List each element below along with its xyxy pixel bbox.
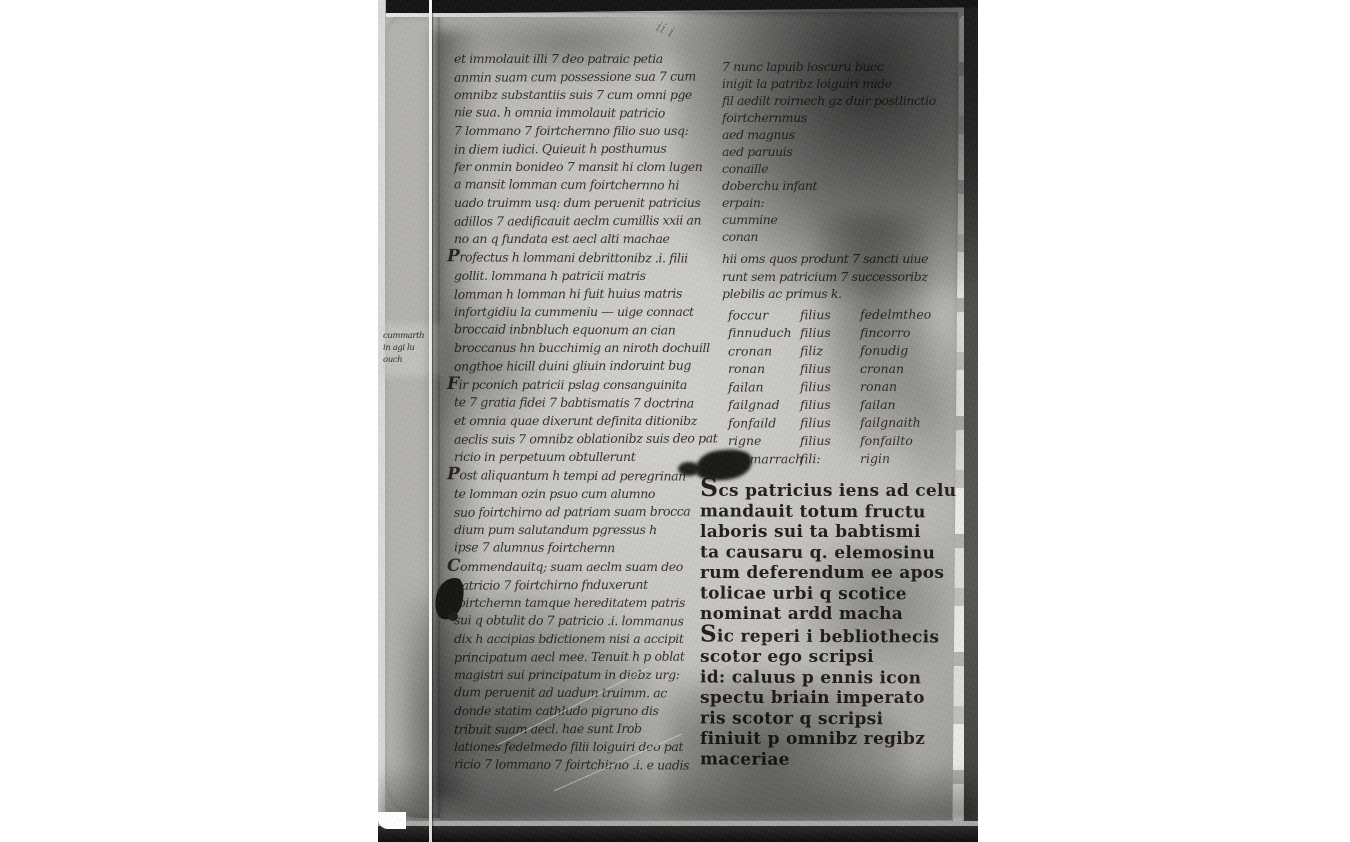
colophon-line: Scs patricius iens ad celu [700, 478, 964, 502]
manuscript-line: lomman h lomman hi fuit huius matris [454, 284, 734, 303]
manuscript-line: ongthoe hicill duini gliuin indoruint bu… [454, 356, 734, 375]
ink-smudge-small [678, 462, 700, 476]
bottom-edge-band [378, 826, 978, 842]
genealogy-filius: filius [800, 378, 860, 396]
genealogy-son: finnuduch [728, 324, 800, 342]
manuscript-line: doberchu infant [722, 177, 964, 194]
manuscript-line: dum peruenit ad uadum truimm. ac [454, 683, 734, 702]
genealogy-father: failan [860, 396, 966, 414]
manuscript-line: foirtchernmus [722, 109, 964, 126]
manuscript-line: hii oms quos produnt 7 sancti uiue [722, 250, 968, 268]
manuscript-line: gollit. lommana h patricii matris [454, 267, 734, 285]
genealogy-row: ronmarrach fili: rigin [728, 449, 966, 468]
manuscript-line: nie sua. h omnia immolauit patricio [454, 103, 734, 122]
genealogy-row: finnuduch filius fincorro [728, 324, 966, 342]
margin-gloss: cummarthin agi luouch [383, 330, 445, 366]
ink-blot-small [448, 612, 458, 621]
genealogy-son: failan [728, 378, 800, 396]
manuscript-line: patricio 7 foirtchirno fnduxerunt [454, 575, 734, 594]
genealogy-filius: filius [800, 432, 860, 450]
manuscript-line: te lomman ozin psuo cum alumno [454, 485, 734, 503]
manuscript-line: magistri sui principatum in diebz urg: [454, 666, 734, 684]
colophon-line: id: caluus p ennis icon [700, 667, 964, 689]
colophon-line: ta causaru q. elemosinu [700, 542, 964, 564]
manuscript-line: Commendauitq; suam aeclm suam deo [454, 557, 734, 576]
genealogy-table: foccur filius fedelmtheo finnuduch filiu… [728, 306, 966, 468]
manuscript-line: fer onmin bonideo 7 mansit hi clom lugen [454, 158, 734, 176]
manuscript-line: aed paruuis [722, 143, 964, 160]
left-text-column: et immolauit illi 7 deo patraic petiaanm… [454, 50, 734, 774]
manuscript-line: tribuit suam aecl. hae sunt Irob [454, 719, 734, 738]
genealogy-father: fedelmtheo [860, 305, 966, 323]
manuscript-line: no an q fundata est aecl alti machae [454, 230, 734, 248]
manuscript-line: fil aedilt roirnech gz duir postlinctio [722, 92, 964, 109]
genealogy-father: cronan [860, 360, 966, 378]
manuscript-line: Fir pconich patricii pslag consanguinita [454, 375, 734, 394]
colophon-line: tolicae urbi q scotice [700, 583, 964, 605]
genealogy-father: rigin [860, 449, 966, 467]
genealogy-father: failgnaith [860, 413, 966, 431]
genealogy-row: failan filius ronan [728, 377, 966, 396]
manuscript-line: a mansit lomman cum foirtchernno hi [454, 175, 734, 194]
page-right-edge-shadow [964, 0, 978, 828]
genealogy-father: fincorro [860, 324, 966, 342]
manuscript-line: broccanus hn bucchimig an niroth dochuil… [454, 339, 734, 357]
genealogy-father: fonudig [860, 341, 966, 359]
manuscript-line: runt sem patricium 7 successoribz [722, 268, 968, 286]
page-stack-edges [385, 12, 445, 818]
manuscript-line: Profectus h lommani debrittonibz .i. fil… [454, 247, 734, 267]
manuscript-line: sui q obtulit do 7 patricio .i. lommanus [454, 611, 734, 630]
genealogy-son: cronan [728, 342, 800, 360]
manuscript-photo: ii i et immolauit illi 7 deo patraic pet… [378, 0, 978, 842]
manuscript-line: anmin suam cum possessione sua 7 cum [454, 67, 734, 86]
genealogy-filius: filius [800, 396, 860, 414]
manuscript-line: lationes fedelmedo filii loiguiri deo pa… [454, 738, 734, 756]
manuscript-line: aeclis suis 7 omnibz oblationibz suis de… [454, 429, 734, 448]
right-column-intro: hii oms quos produnt 7 sancti uiuerunt s… [722, 250, 968, 303]
manuscript-line: broccaid inbnbluch equonum an cian [454, 320, 734, 339]
gloss-line: in agi lu [383, 342, 445, 354]
colophon-line: Sic reperi i bebliothecis [700, 624, 964, 648]
colophon-line: maceriae [700, 749, 964, 771]
manuscript-line: principatum aecl mee. Tenuit h p oblat [454, 647, 734, 666]
manuscript-line: aed magnus [722, 126, 964, 143]
photo-canvas: ii i et immolauit illi 7 deo patraic pet… [0, 0, 1350, 842]
genealogy-row: foccur filius fedelmtheo [728, 305, 966, 324]
genealogy-filius: filius [800, 360, 860, 378]
genealogy-row: ronan filius cronan [728, 360, 966, 378]
genealogy-filius: filiz [800, 342, 860, 360]
manuscript-line: in diem iudici. Quieuit h posthumus [454, 139, 734, 158]
genealogy-son: foccur [728, 306, 800, 324]
manuscript-line: cummine [722, 211, 964, 228]
gloss-line: ouch [383, 354, 445, 366]
genealogy-father: fonfailto [860, 432, 966, 450]
genealogy-filius: filius [800, 306, 860, 324]
manuscript-line: dix h accipias bdictionem nisi a accipit [454, 630, 734, 648]
manuscript-line: donde statim cathludo pigruno dis [454, 702, 734, 720]
genealogy-son: fonfaild [728, 414, 800, 432]
genealogy-son: ronan [728, 360, 800, 378]
manuscript-line: erpain: [722, 194, 964, 211]
manuscript-line: foirtchernn tamque hereditatem patris [454, 594, 734, 612]
manuscript-line: plebilis ac primus k. [722, 285, 968, 303]
manuscript-line: inigit la patribz loiguiri mide [722, 75, 964, 92]
genealogy-son: rigne [728, 432, 800, 450]
manuscript-line: 7 nunc lapuib loscuru bucc [722, 58, 964, 75]
genealogy-filius: fili: [800, 450, 860, 468]
binding-thread [429, 0, 432, 842]
manuscript-line: uado truimm usq: dum peruenit patricius [454, 194, 734, 212]
manuscript-line: suo foirtchirno ad patriam suam brocca [454, 502, 734, 521]
manuscript-line: et omnia quae dixerunt definita ditionib… [454, 412, 734, 430]
genealogy-filius: filius [800, 414, 860, 432]
colophon-line: spectu briain imperato [700, 688, 964, 709]
brian-boru-colophon: Scs patricius iens ad celumandauit totum… [700, 478, 964, 770]
colophon-line: laboris sui ta babtismi [700, 522, 964, 543]
colophon-line: mandauit totum fructu [700, 501, 964, 523]
manuscript-line: adillos 7 aedificauit aeclm cumillis xxi… [454, 211, 734, 230]
manuscript-line: te 7 gratia fidei 7 babtismatis 7 doctri… [454, 393, 734, 412]
genealogy-row: fonfaild filius failgnaith [728, 413, 966, 432]
manuscript-line: et immolauit illi 7 deo patraic petia [454, 50, 734, 68]
genealogy-father: ronan [860, 377, 966, 395]
bottom-left-corner-gap [378, 812, 406, 829]
photo-left-edge [378, 0, 385, 842]
genealogy-son: failgnad [728, 396, 800, 414]
genealogy-row: cronan filiz fonudig [728, 341, 966, 360]
manuscript-line: omnibz substantiis suis 7 cum omni pge [454, 86, 734, 104]
gloss-line: cummarth [383, 330, 445, 342]
manuscript-line: dium pum salutandum pgressus h [454, 521, 734, 539]
genealogy-row: rigne filius fonfailto [728, 432, 966, 450]
top-edge-highlight [386, 13, 716, 17]
manuscript-line: conaille [722, 160, 964, 177]
manuscript-line: ipse 7 alumnus foirtchernn [454, 538, 734, 557]
right-column-upper: 7 nunc lapuib loscuru buccinigit la patr… [722, 58, 964, 245]
colophon-line: finiuit p omnibz regibz [700, 729, 964, 750]
genealogy-filius: filius [800, 324, 860, 342]
colophon-line: nominat ardd macha [700, 604, 964, 625]
colophon-line: rum deferendum ee apos [700, 563, 964, 584]
manuscript-line: conan [722, 228, 964, 245]
manuscript-line: 7 lommano 7 foirtchernno filio suo usq: [454, 122, 734, 140]
manuscript-line: infortgidiu la cummeniu — uige connact [454, 303, 734, 321]
colophon-line: ris scotor q scripsi [700, 708, 964, 730]
genealogy-row: failgnad filius failan [728, 396, 966, 414]
